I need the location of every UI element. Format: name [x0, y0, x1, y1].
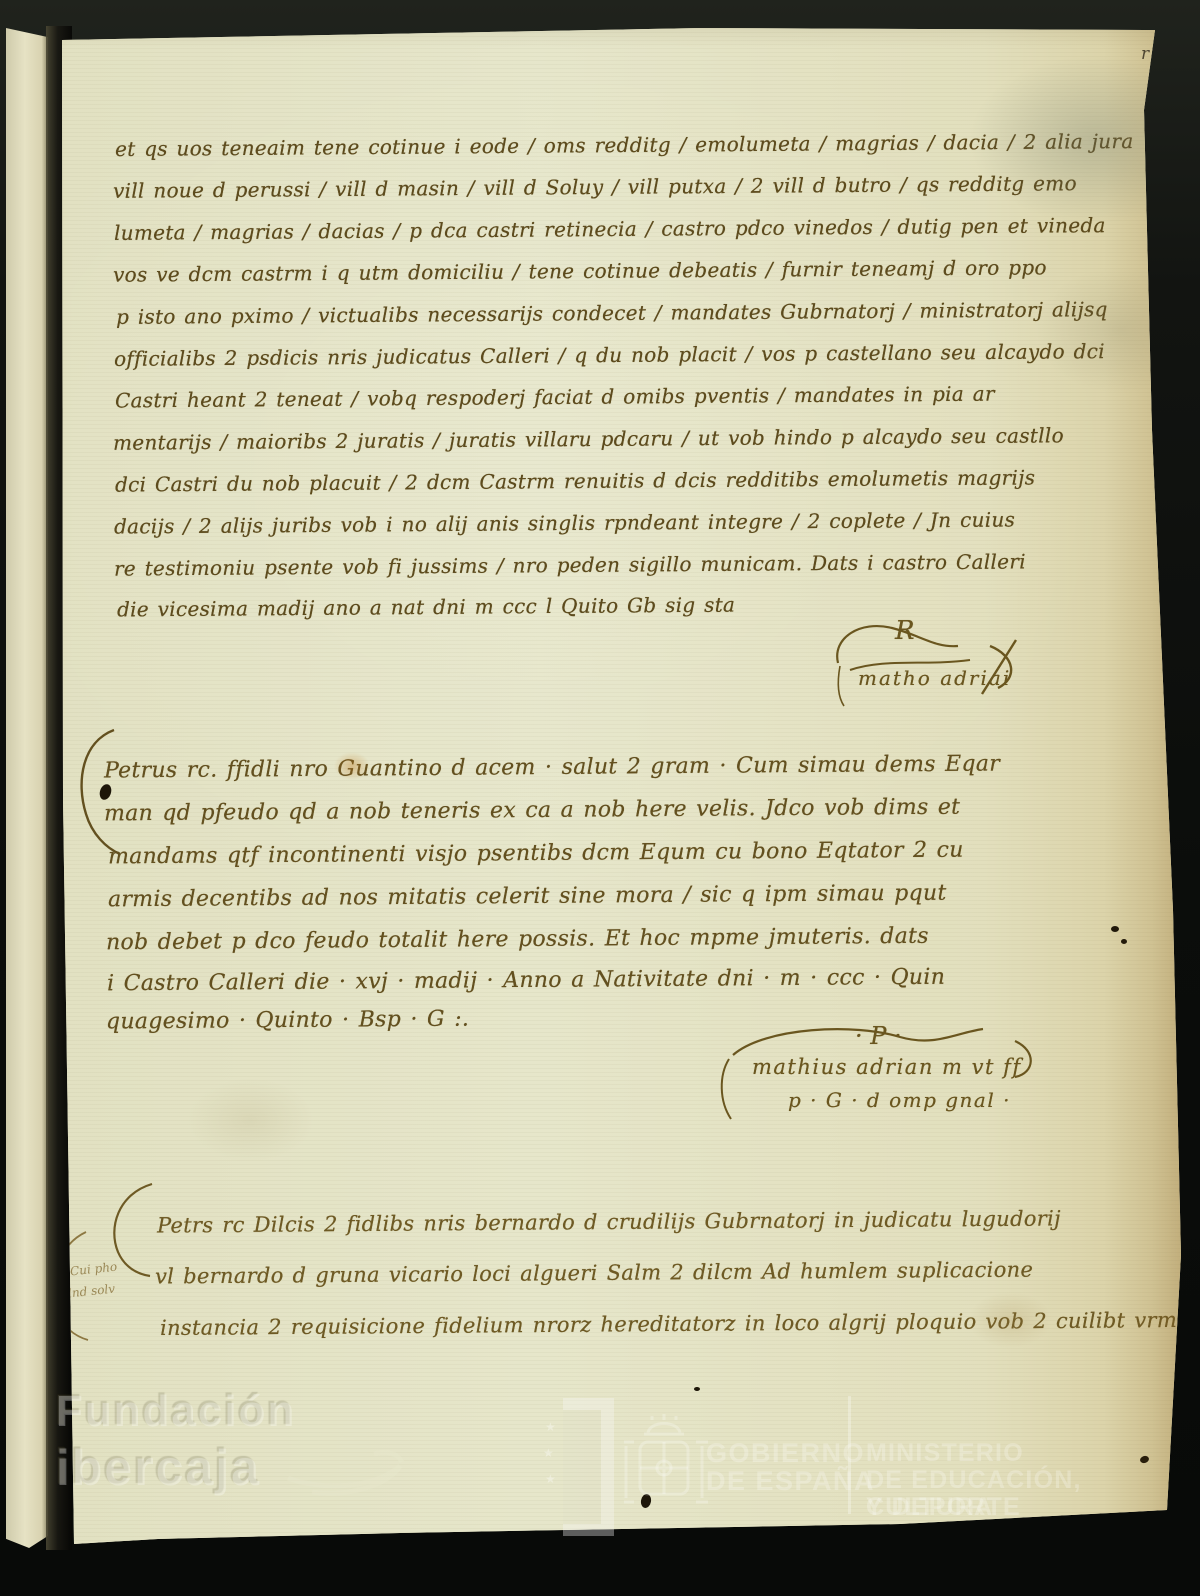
manuscript-line: die vicesima madij ano a nat dni m ccc l…: [117, 593, 735, 622]
manuscript-line: Petrs rc Dilcis 2 fidlibs nris bernardo …: [157, 1206, 1061, 1237]
underlying-page-edge: [6, 28, 48, 1548]
signature-monogram: R: [895, 616, 915, 646]
manuscript-line: vill noue d perussi / vill d masin / vil…: [113, 171, 1077, 203]
manuscript-line: man qd pfeudo qd a nob teneris ex ca a n…: [104, 795, 960, 827]
signature-monogram: · P ·: [855, 1022, 902, 1050]
gobierno-watermark-line1: GOBIERNO: [706, 1440, 865, 1467]
signature-name: mathius adrian m vt ff: [752, 1055, 1022, 1079]
initial-flourish: [72, 722, 122, 862]
folio-mark: r: [1141, 44, 1149, 64]
manuscript-line: nob debet p dco feudo totalit here possi…: [106, 924, 929, 955]
marginal-note-line: Cui pho: [69, 1260, 117, 1279]
ink-speck: [640, 1493, 652, 1509]
signature-flourish: [830, 608, 1030, 708]
manuscript-line: mentarijs / maioribs 2 juratis / juratis…: [113, 423, 1064, 454]
eu-star-icon: ★: [543, 1446, 554, 1460]
manuscript-line: Castri heant 2 teneat / vobq respoderj f…: [115, 382, 995, 413]
manuscript-line: dacijs / 2 alijs juribs vob i no alij an…: [114, 507, 1015, 538]
ink-speck: [1121, 939, 1127, 944]
eu-star-icon: ★: [545, 1420, 556, 1434]
manuscript-line: mandams qtf incontinenti visjo psentibs …: [108, 838, 964, 870]
manuscript-line: re testimoniu psente vob fi jussims / nr…: [114, 549, 1026, 580]
eu-flag-bracket-icon: [563, 1398, 614, 1536]
manuscript-line: p isto ano pximo / victualibs necessarij…: [116, 297, 1108, 329]
manuscript-line: lumeta / magrias / dacias / p dca castri…: [114, 213, 1106, 245]
ink-speck: [98, 783, 113, 802]
ink-speck: [1139, 1455, 1150, 1465]
manuscript-page: r et qs uos teneaim tene cotinue i eode …: [0, 0, 1200, 1596]
manuscript-line: dci Castri du nob placuit / 2 dcm Castrm…: [115, 465, 1035, 496]
manuscript-line: Petrus rc. ffidli nro Guantino d acem · …: [104, 751, 1000, 783]
signature-name: matho adriai: [858, 666, 1011, 690]
manuscript-line: armis decentibs ad nos mitatis celerit s…: [108, 881, 947, 913]
ink-speck: [1111, 926, 1119, 932]
initial-flourish: [100, 1178, 160, 1278]
manuscript-line: et qs uos teneaim tene cotinue i eode / …: [115, 129, 1134, 161]
ink-speck: [694, 1387, 700, 1391]
ibercaja-watermark-line2: ibercaja: [55, 1438, 260, 1496]
signature-flourish: [715, 1015, 1055, 1125]
eu-star-icon: ★: [545, 1472, 556, 1486]
marginal-note-line: lnd solv: [67, 1282, 115, 1301]
signature-subscription: p · G · d omp gnal ·: [788, 1088, 1011, 1112]
ministry-watermark-line3: Y DEPORTE: [866, 1494, 1021, 1521]
ibercaja-watermark-line1: Fundación: [55, 1386, 295, 1436]
manuscript-line: vos ve dcm castrm i q utm domiciliu / te…: [113, 255, 1047, 286]
manuscript-line: officialibs 2 psdicis nris judicatus Cal…: [114, 339, 1105, 371]
ministry-watermark-line1: MINISTERIO: [866, 1440, 1024, 1467]
watermark-divider: [848, 1396, 851, 1514]
manuscript-photo: r et qs uos teneaim tene cotinue i eode …: [0, 0, 1200, 1596]
manuscript-line: quagesimo · Quinto · Bsp · G :.: [106, 1007, 469, 1035]
manuscript-line: vl bernardo d gruna vicario loci algueri…: [155, 1258, 1033, 1289]
manuscript-line: i Castro Calleri die · xvj · madij · Ann…: [107, 965, 945, 997]
manuscript-line: instancia 2 requisicione fidelium nrorz …: [160, 1308, 1177, 1340]
